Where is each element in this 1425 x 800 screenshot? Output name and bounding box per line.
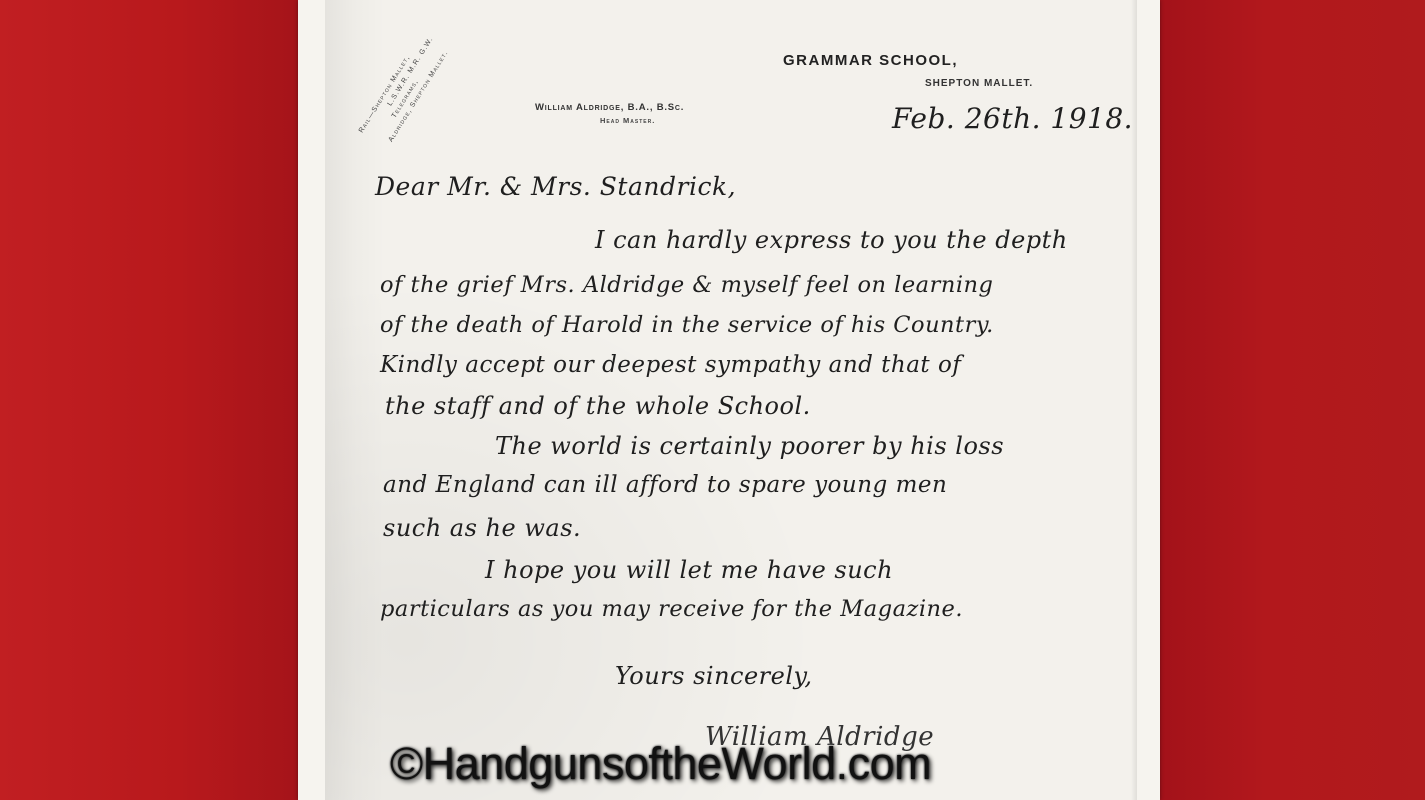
letterhead-headmaster-title: Head Master. — [600, 116, 655, 125]
letter-salutation: Dear Mr. & Mrs. Standrick, — [375, 172, 736, 201]
letter-date: Feb. 26th. 1918. — [892, 102, 1133, 135]
letterhead-diagonal-address: Rail—Shepton Mallet, L.S.W.R. M.R. G.W. … — [357, 30, 453, 151]
letter-line: the staff and of the whole School. — [385, 392, 811, 420]
letter-closing: Yours sincerely, — [615, 662, 813, 690]
red-velvet-background-left — [0, 0, 298, 800]
letter-line: and England can ill afford to spare youn… — [383, 472, 947, 498]
letterhead-headmaster-name: William Aldridge, B.A., B.Sc. — [535, 102, 684, 113]
copyright-watermark: ©HandgunsoftheWorld.com — [390, 738, 1030, 790]
letter-line: of the death of Harold in the service of… — [380, 312, 994, 338]
letter-line: The world is certainly poorer by his los… — [495, 432, 1004, 460]
letter-line: particulars as you may receive for the M… — [380, 596, 963, 622]
red-velvet-background-right — [1160, 0, 1425, 800]
letterhead-institution: GRAMMAR SCHOOL, — [783, 52, 958, 69]
letter-line: I can hardly express to you the depth — [595, 226, 1068, 254]
letter-paper: Rail—Shepton Mallet, L.S.W.R. M.R. G.W. … — [298, 0, 1160, 800]
photocopy-sheet: Rail—Shepton Mallet, L.S.W.R. M.R. G.W. … — [325, 0, 1137, 800]
letter-line: such as he was. — [383, 514, 581, 542]
letterhead-town: SHEPTON MALLET. — [925, 78, 1033, 89]
letter-line: I hope you will let me have such — [485, 556, 893, 584]
letter-line: Kindly accept our deepest sympathy and t… — [380, 352, 961, 378]
letter-line: of the grief Mrs. Aldridge & myself feel… — [380, 272, 993, 298]
